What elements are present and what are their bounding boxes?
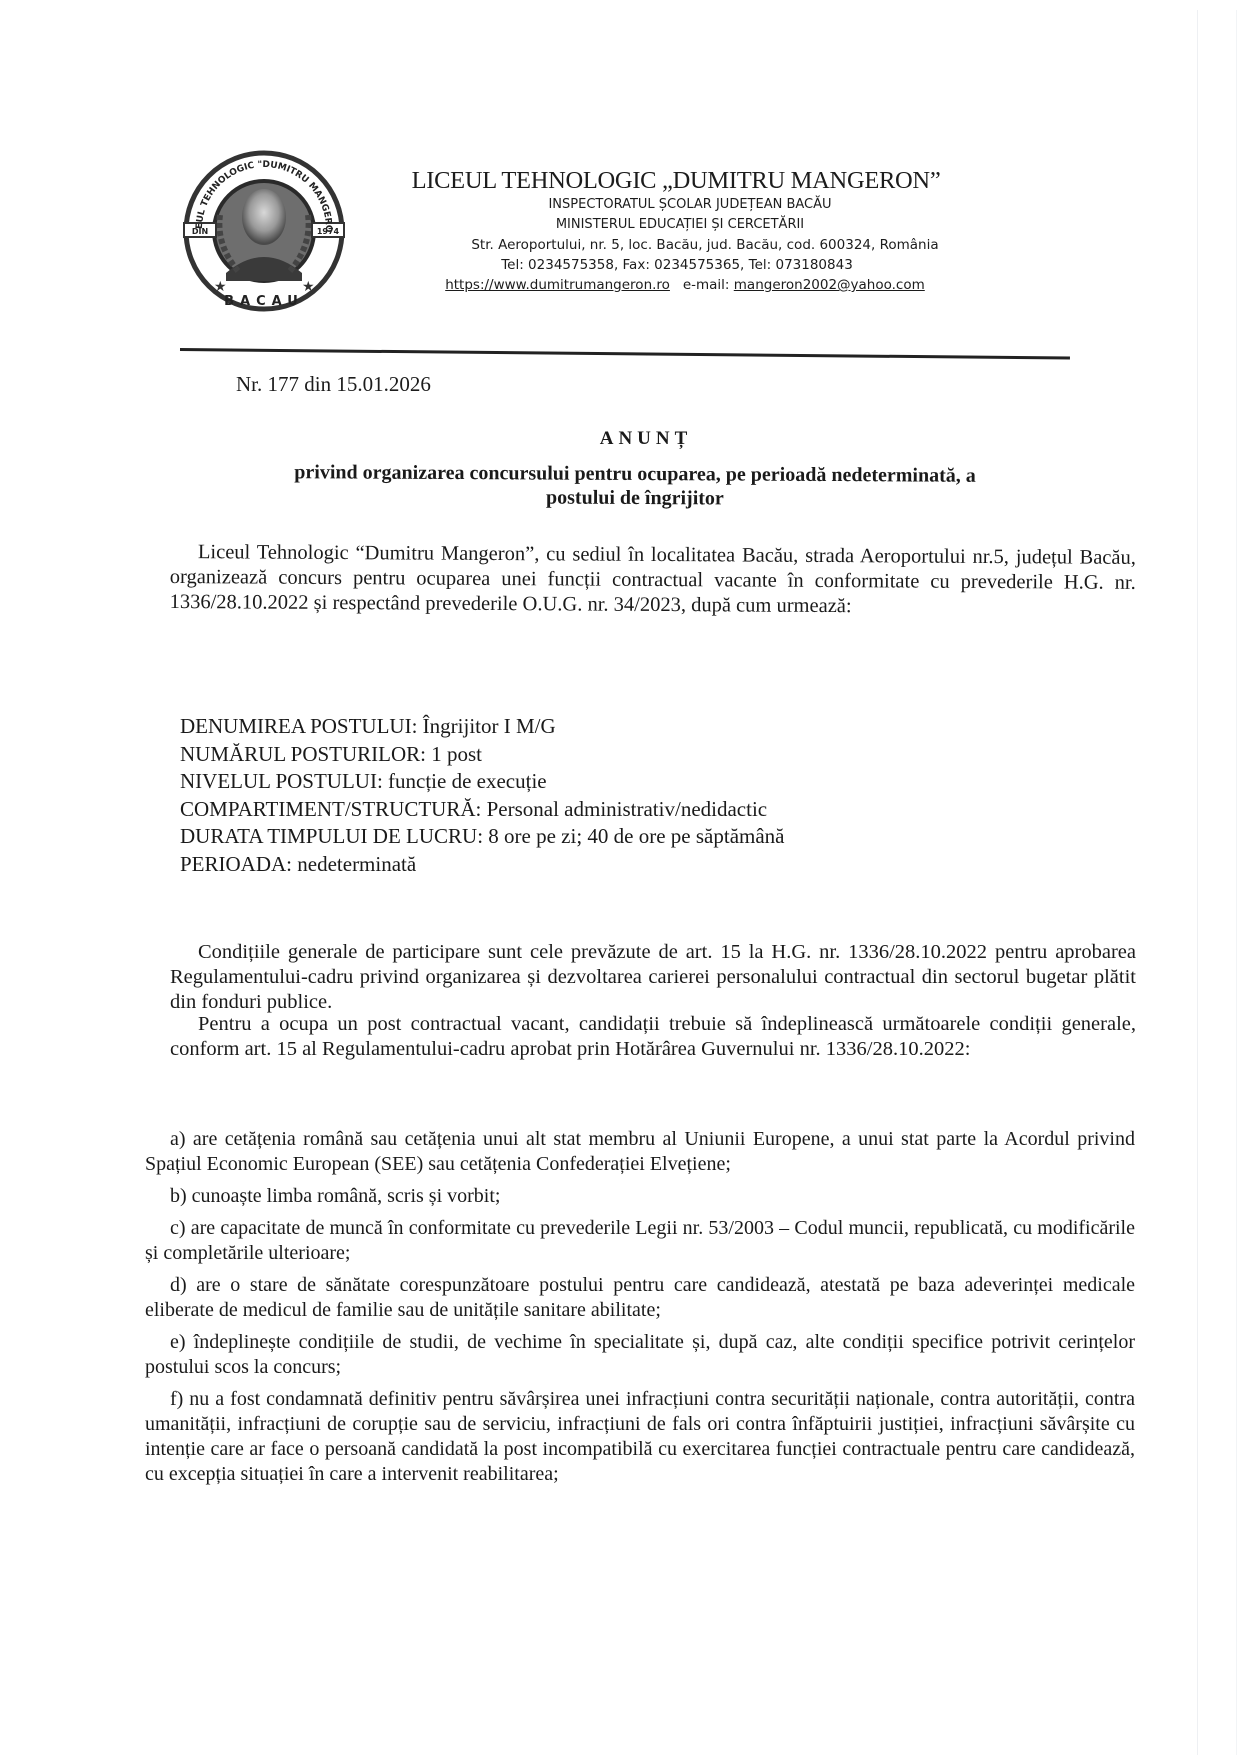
letterhead-text: LICEUL TEHNOLOGIC „DUMITRU MANGERON” INS… [380, 167, 960, 295]
field-row: DENUMIREA POSTULUI: Îngrijitor I M/G [180, 713, 785, 741]
header-divider [180, 348, 1070, 360]
subtitle-line: postului de îngrijitor [245, 484, 1025, 512]
school-seal-portrait-icon: DIN 1974 LICEUL TEHNOLOGIC "DUMITRU MANG… [180, 145, 348, 313]
scan-edge [1236, 10, 1237, 1755]
list-item: d) are o stare de sănătate corespunzătoa… [145, 1273, 1135, 1323]
field-row: NUMĂRUL POSTURILOR: 1 post [180, 741, 785, 769]
inspectorate-line: INSPECTORATUL ȘCOLAR JUDEȚEAN BACĂU [420, 195, 960, 215]
ministry-line: MINISTERUL EDUCAȚIEI ȘI CERCETĂRII [400, 215, 960, 235]
address-line: Str. Aeroportului, nr. 5, loc. Bacău, ju… [450, 235, 960, 255]
website-link[interactable]: https://www.dumitrumangeron.ro [445, 277, 670, 293]
field-row: PERIOADA: nedeterminată [180, 851, 785, 879]
contact-line: https://www.dumitrumangeron.ro e-mail: m… [410, 275, 960, 295]
list-item: c) are capacitate de muncă în conformita… [145, 1216, 1135, 1266]
field-row: DURATA TIMPULUI DE LUCRU: 8 ore pe zi; 4… [180, 823, 785, 851]
document-number: Nr. 177 din 15.01.2026 [236, 372, 431, 397]
intro-paragraph: Liceul Tehnologic “Dumitru Mangeron”, cu… [170, 540, 1136, 621]
letterhead: DIN 1974 LICEUL TEHNOLOGIC "DUMITRU MANG… [180, 145, 980, 320]
requirements-list: a) are cetățenia română sau cetățenia un… [145, 1127, 1135, 1494]
school-name: LICEUL TEHNOLOGIC „DUMITRU MANGERON” [392, 167, 960, 195]
svg-text:★: ★ [214, 280, 227, 295]
list-item: e) îndeplinește condițiile de studii, de… [145, 1330, 1135, 1380]
list-item: f) nu a fost condamnată definitiv pentru… [145, 1387, 1135, 1487]
field-row: COMPARTIMENT/STRUCTURĂ: Personal adminis… [180, 796, 785, 824]
document-page: DIN 1974 LICEUL TEHNOLOGIC "DUMITRU MANG… [0, 0, 1242, 1755]
email-link[interactable]: mangeron2002@yahoo.com [734, 277, 925, 293]
requirements-intro: Pentru a ocupa un post contractual vacan… [170, 1012, 1136, 1062]
svg-text:BACAU: BACAU [224, 294, 304, 309]
list-item: b) cunoaște limba română, scris și vorbi… [145, 1184, 1135, 1209]
list-item: a) are cetățenia română sau cetățenia un… [145, 1127, 1135, 1177]
svg-text:★: ★ [302, 280, 315, 295]
conditions-paragraph: Condițiile generale de participare sunt … [170, 940, 1136, 1015]
subtitle-line: privind organizarea concursului pentru o… [245, 460, 1025, 488]
phone-line: Tel: 0234575358, Fax: 0234575365, Tel: 0… [394, 255, 960, 275]
scan-edge [1197, 10, 1198, 1755]
email-label: e-mail: [683, 277, 730, 293]
document-subtitle: privind organizarea concursului pentru o… [245, 460, 1025, 512]
field-row: NIVELUL POSTULUI: funcție de execuție [180, 768, 785, 796]
document-title: ANUNȚ [0, 428, 1242, 450]
position-details: DENUMIREA POSTULUI: Îngrijitor I M/G NUM… [180, 713, 785, 878]
